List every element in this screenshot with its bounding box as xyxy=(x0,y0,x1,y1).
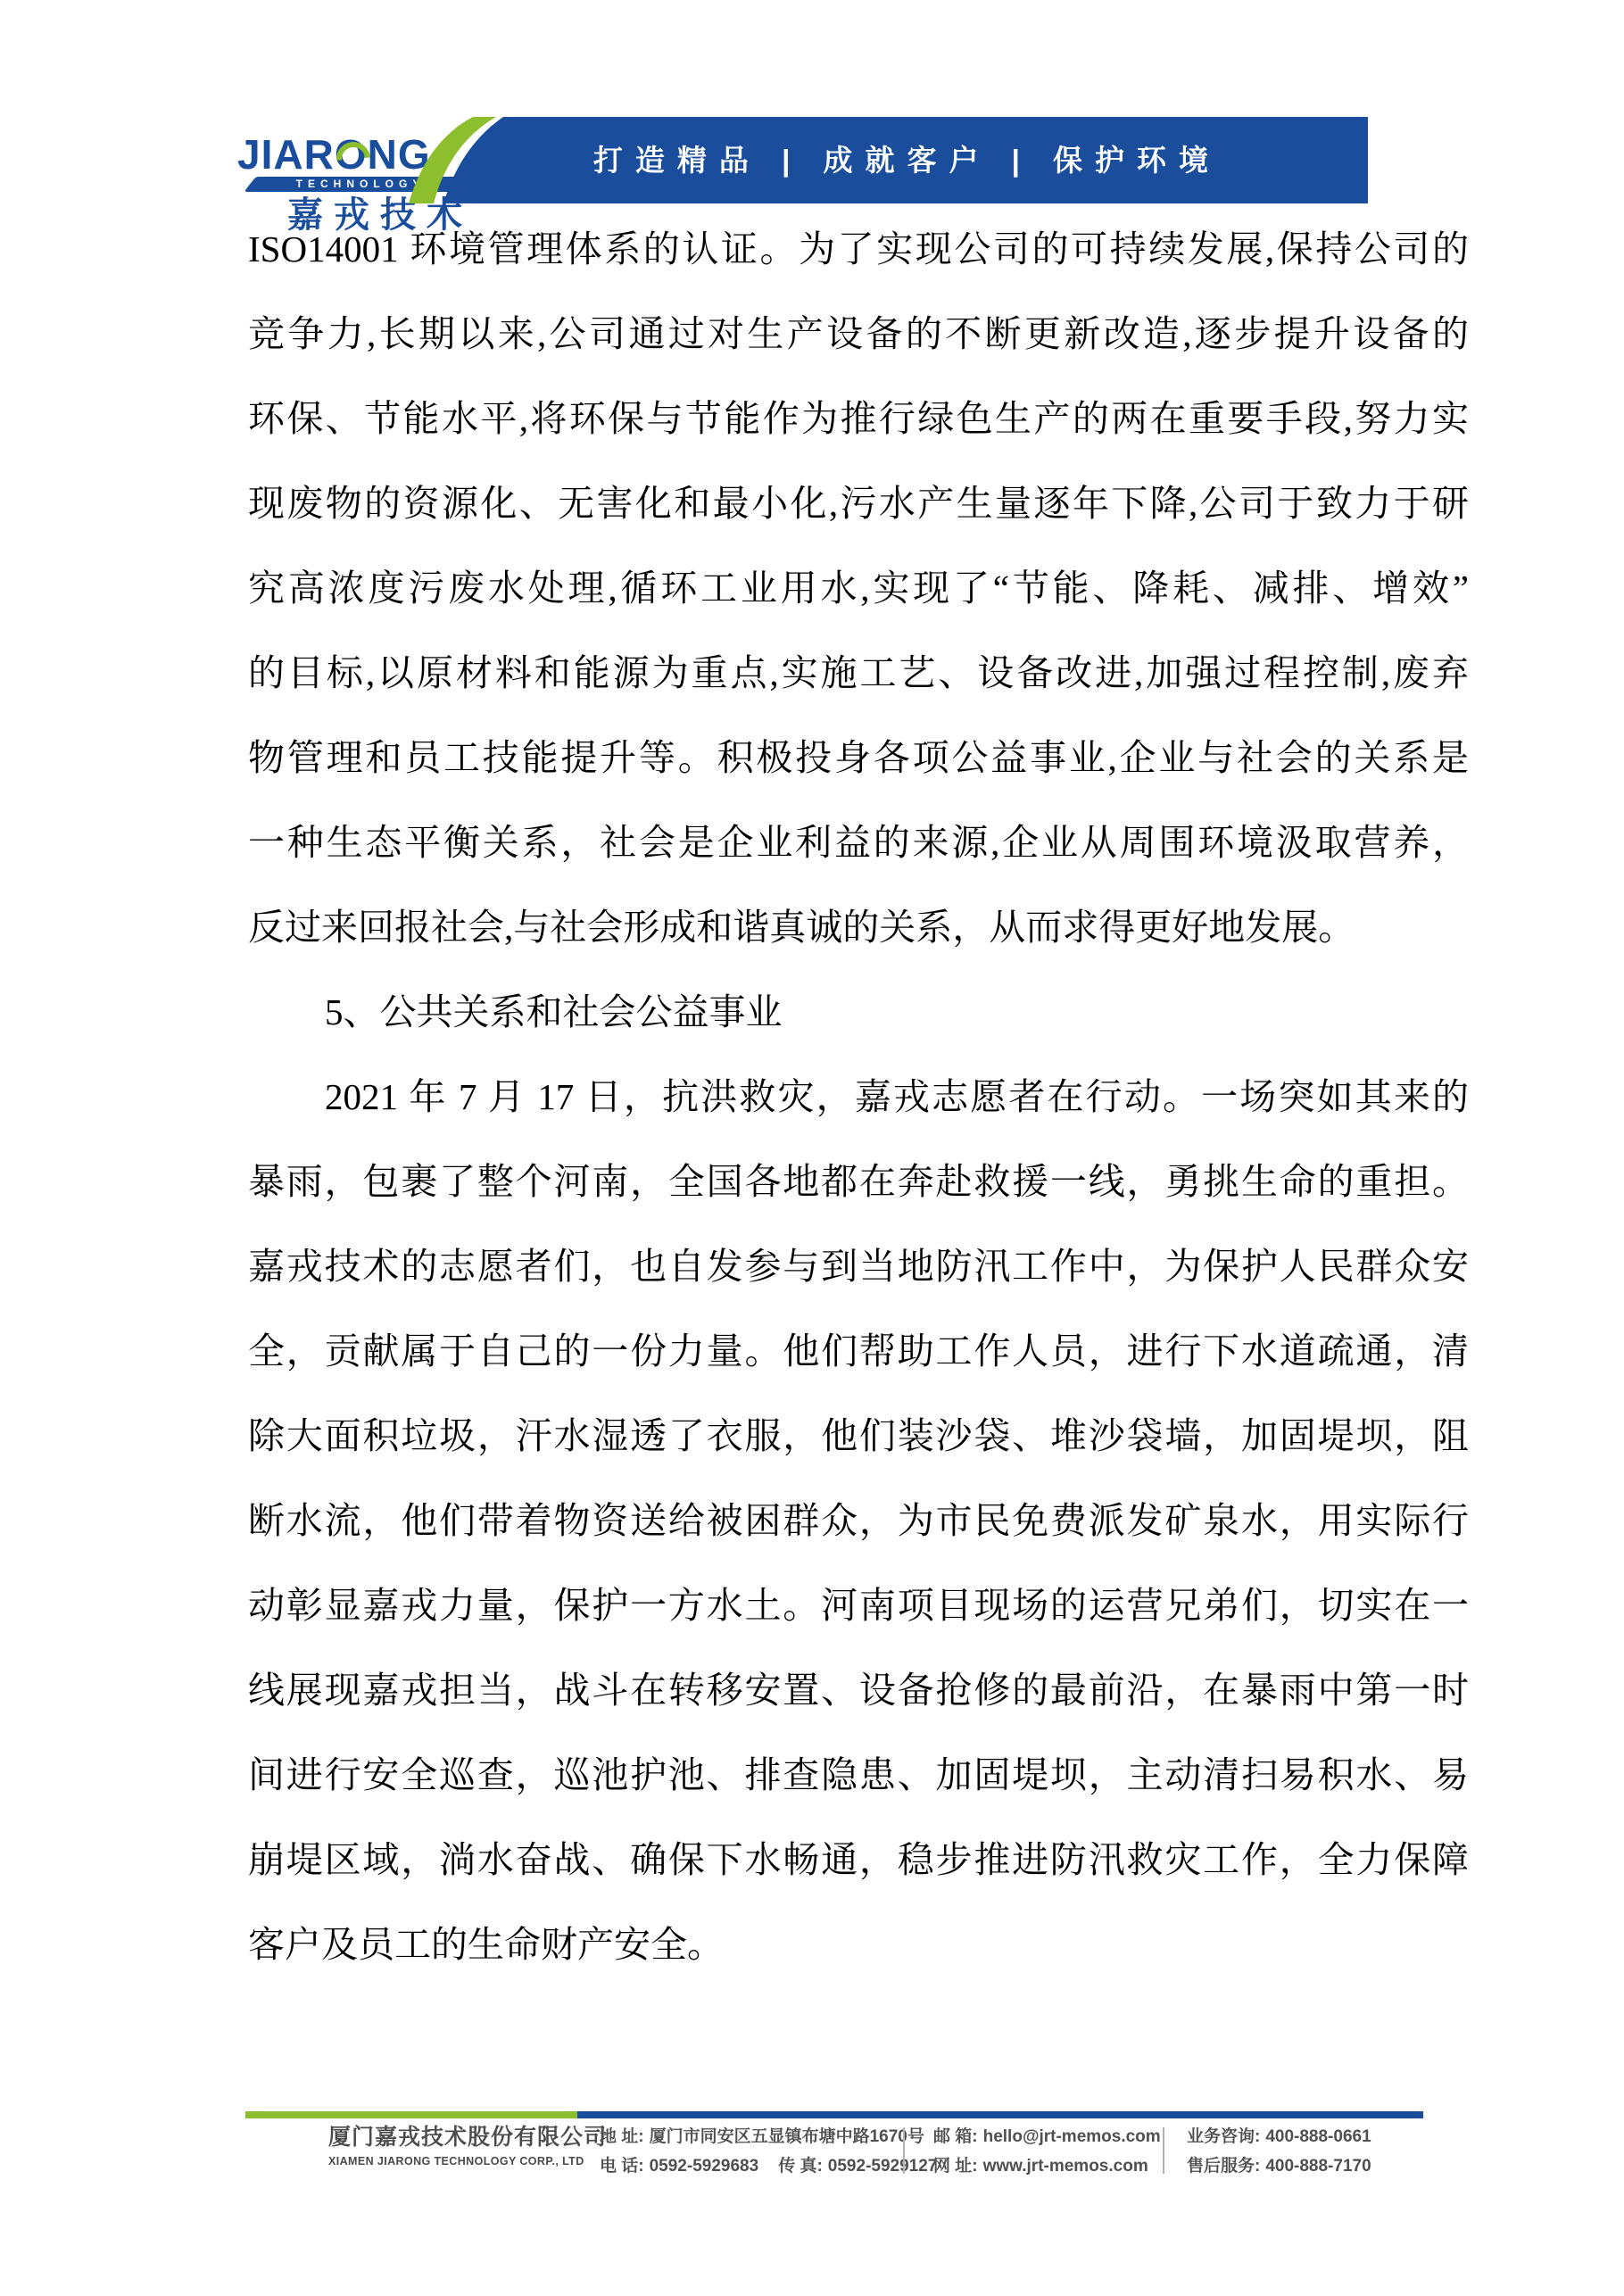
footer-email-label: 邮 箱: xyxy=(933,2127,978,2146)
footer-biz-label: 业务咨询: xyxy=(1187,2127,1260,2146)
body-line-15: 除大面积垃圾，汗水湿透了衣服，他们装沙袋、堆沙袋墙，加固堤坝，阻 xyxy=(248,1394,1469,1479)
body-line-2: 竞争力,长期以来,公司通过对生产设备的不断更新改造,逐步提升设备的 xyxy=(248,292,1469,377)
body-line-3: 环保、节能水平,将环保与节能作为推行绿色生产的两在重要手段,努力实 xyxy=(248,377,1469,461)
footer-service-value: 400-888-7170 xyxy=(1265,2157,1371,2176)
footer-email-value: hello@jrt-memos.com xyxy=(983,2127,1161,2146)
footer-address-column: 地 址:厦门市同安区五显镇布塘中路1670号 电 话:0592-5929683传… xyxy=(600,2122,937,2181)
footer-divider-blue xyxy=(577,2111,1423,2118)
footer-phone-row: 电 话:0592-5929683传 真:0592-5929127 xyxy=(600,2151,937,2181)
footer-service-row: 售后服务:400-888-7170 xyxy=(1187,2151,1371,2181)
body-line-17: 动彰显嘉戎力量，保护一方水土。河南项目现场的运营兄弟们，切实在一 xyxy=(248,1563,1469,1648)
footer-service-label: 售后服务: xyxy=(1187,2157,1260,2176)
logo-letter-o: O xyxy=(335,134,368,175)
body-line-16: 断水流，他们带着物资送给被困群众，为市民免费派发矿泉水，用实际行 xyxy=(248,1479,1469,1563)
body-line-7: 物管理和员工技能提升等。积极投身各项公益事业,企业与社会的关系是 xyxy=(248,716,1469,800)
footer-web-label: 网 址: xyxy=(933,2157,978,2176)
body-line-5: 究高浓度污废水处理,循环工业用水,实现了“节能、降耗、减排、增效” xyxy=(248,546,1469,631)
body-line-21: 客户及员工的生命财产安全。 xyxy=(248,1902,1469,1987)
footer-address-label: 地 址: xyxy=(600,2127,644,2146)
footer-contact-column: 邮 箱:hello@jrt-memos.com 网 址:www.jrt-memo… xyxy=(933,2122,1161,2181)
body-line-18: 线展现嘉戎担当，战斗在转移安置、设备抢修的最前沿，在暴雨中第一时 xyxy=(248,1648,1469,1733)
body-text: ISO14001 环境管理体系的认证。为了实现公司的可持续发展,保持公司的竞争力… xyxy=(248,207,1469,1987)
footer-fax-value: 0592-5929127 xyxy=(828,2157,938,2176)
document-page: JIARONG TECHNOLOGY 嘉戎技术 打造精品 | 成就客户 | 保护… xyxy=(0,0,1624,2296)
banner-slogan: 打造精品 | 成就客户 | 保护环境 xyxy=(446,117,1368,203)
body-line-4: 现废物的资源化、无害化和最小化,污水产生量逐年下降,公司于致力于研 xyxy=(248,461,1469,546)
body-line-11: 2021 年 7 月 17 日，抗洪救灾，嘉戎志愿者在行动。一场突如其来的 xyxy=(248,1055,1469,1140)
footer-hotline-column: 业务咨询:400-888-0661 售后服务:400-888-7170 xyxy=(1187,2122,1371,2181)
body-line-13: 嘉戎技术的志愿者们，也自发参与到当地防汛工作中，为保护人民群众安 xyxy=(248,1224,1469,1309)
footer-phone-label: 电 话: xyxy=(600,2157,644,2176)
footer-company-cn: 厦门嘉戎技术股份有限公司 xyxy=(328,2124,596,2151)
footer-fax-label: 传 真: xyxy=(778,2157,823,2176)
logo-brand-left: JIAR xyxy=(237,131,335,178)
body-line-12: 暴雨，包裹了整个河南，全国各地都在奔赴救援一线，勇挑生命的重担。 xyxy=(248,1140,1469,1224)
body-line-19: 间进行安全巡查，巡池护池、排查隐患、加固堤坝，主动清扫易积水、易 xyxy=(248,1733,1469,1818)
footer-address-row: 地 址:厦门市同安区五显镇布塘中路1670号 xyxy=(600,2122,937,2151)
body-line-8: 一种生态平衡关系，社会是企业利益的来源,企业从周围环境汲取营养， xyxy=(248,800,1469,885)
footer-separator-2 xyxy=(1163,2127,1164,2174)
footer-divider xyxy=(245,2111,1423,2118)
body-line-14: 全，贡献属于自己的一份力量。他们帮助工作人员，进行下水道疏通，清 xyxy=(248,1309,1469,1394)
footer-company: 厦门嘉戎技术股份有限公司 XIAMEN JIARONG TECHNOLOGY C… xyxy=(328,2124,596,2170)
footer-company-en: XIAMEN JIARONG TECHNOLOGY CORP., LTD xyxy=(328,2152,596,2170)
body-line-20: 崩堤区域，淌水奋战、确保下水畅通，稳步推进防汛救灾工作，全力保障 xyxy=(248,1818,1469,1902)
footer-address-value: 厦门市同安区五显镇布塘中路1670号 xyxy=(650,2127,924,2146)
footer-biz-row: 业务咨询:400-888-0661 xyxy=(1187,2122,1371,2151)
footer-web-value: www.jrt-memos.com xyxy=(983,2157,1148,2176)
body-line-6: 的目标,以原材料和能源为重点,实施工艺、设备改进,加强过程控制,废弃 xyxy=(248,631,1469,716)
body-line-1: ISO14001 环境管理体系的认证。为了实现公司的可持续发展,保持公司的 xyxy=(248,207,1469,292)
body-line-10: 5、公共关系和社会公益事业 xyxy=(248,970,1469,1055)
footer-phone-value: 0592-5929683 xyxy=(650,2157,759,2176)
footer-separator-1 xyxy=(903,2127,905,2174)
footer-divider-green xyxy=(245,2111,577,2118)
footer-web-row: 网 址:www.jrt-memos.com xyxy=(933,2151,1161,2181)
body-line-9: 反过来回报社会,与社会形成和谐真诚的关系，从而求得更好地发展。 xyxy=(248,885,1469,970)
footer-biz-value: 400-888-0661 xyxy=(1265,2127,1371,2146)
footer-email-row: 邮 箱:hello@jrt-memos.com xyxy=(933,2122,1161,2151)
